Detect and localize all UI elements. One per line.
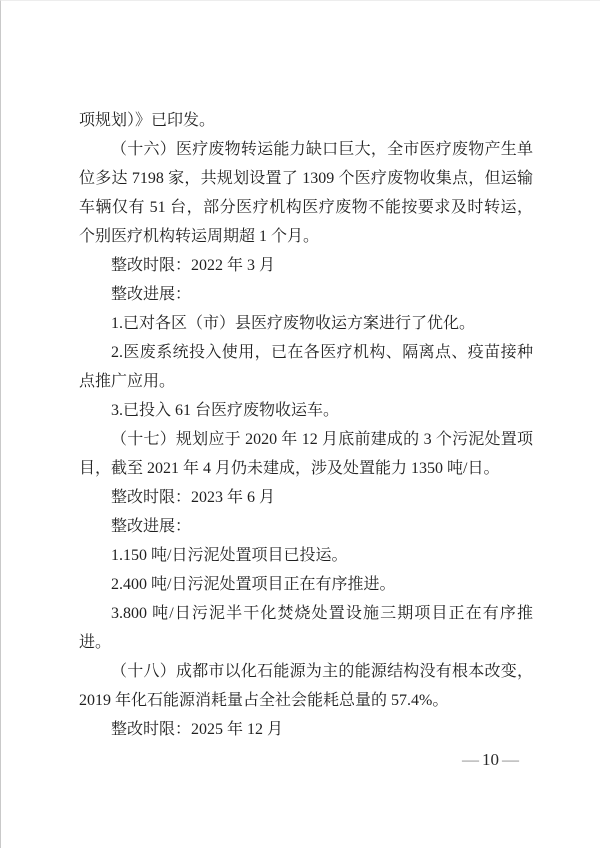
paragraph: 1.已对各区（市）县医疗废物收运方案进行了优化。 [79, 309, 533, 338]
page-footer: —10— [459, 750, 522, 770]
paragraph: 整改时限：2025 年 12 月 [79, 715, 533, 744]
paragraph: （十八）成都市以化石能源为主的能源结构没有根本改变，2019 年化石能源消耗量占… [79, 657, 533, 715]
paragraph: 2.医废系统投入使用，已在各医疗机构、隔离点、疫苗接种点推广应用。 [79, 338, 533, 396]
paragraph: 3.已投入 61 台医疗废物收运车。 [79, 396, 533, 425]
paragraph: 整改时限：2023 年 6 月 [79, 483, 533, 512]
document-page: 项规划）》已印发。（十六）医疗废物转运能力缺口巨大，全市医疗废物产生单位多达 7… [0, 0, 600, 848]
paragraph: （十六）医疗废物转运能力缺口巨大，全市医疗废物产生单位多达 7198 家，共规划… [79, 135, 533, 251]
page-number: 10 [482, 750, 499, 769]
document-body: 项规划）》已印发。（十六）医疗废物转运能力缺口巨大，全市医疗废物产生单位多达 7… [79, 106, 533, 744]
footer-dash-right: — [499, 750, 522, 769]
footer-dash-left: — [459, 750, 482, 769]
paragraph: 整改进展： [79, 280, 533, 309]
paragraph: 整改时限：2022 年 3 月 [79, 251, 533, 280]
paragraph: （十七）规划应于 2020 年 12 月底前建成的 3 个污泥处置项目，截至 2… [79, 425, 533, 483]
paragraph: 3.800 吨/日污泥半干化焚烧处置设施三期项目正在有序推进。 [79, 599, 533, 657]
paragraph: 1.150 吨/日污泥处置项目已投运。 [79, 541, 533, 570]
paragraph: 项规划）》已印发。 [79, 106, 533, 135]
paragraph: 整改进展： [79, 512, 533, 541]
paragraph: 2.400 吨/日污泥处置项目正在有序推进。 [79, 570, 533, 599]
